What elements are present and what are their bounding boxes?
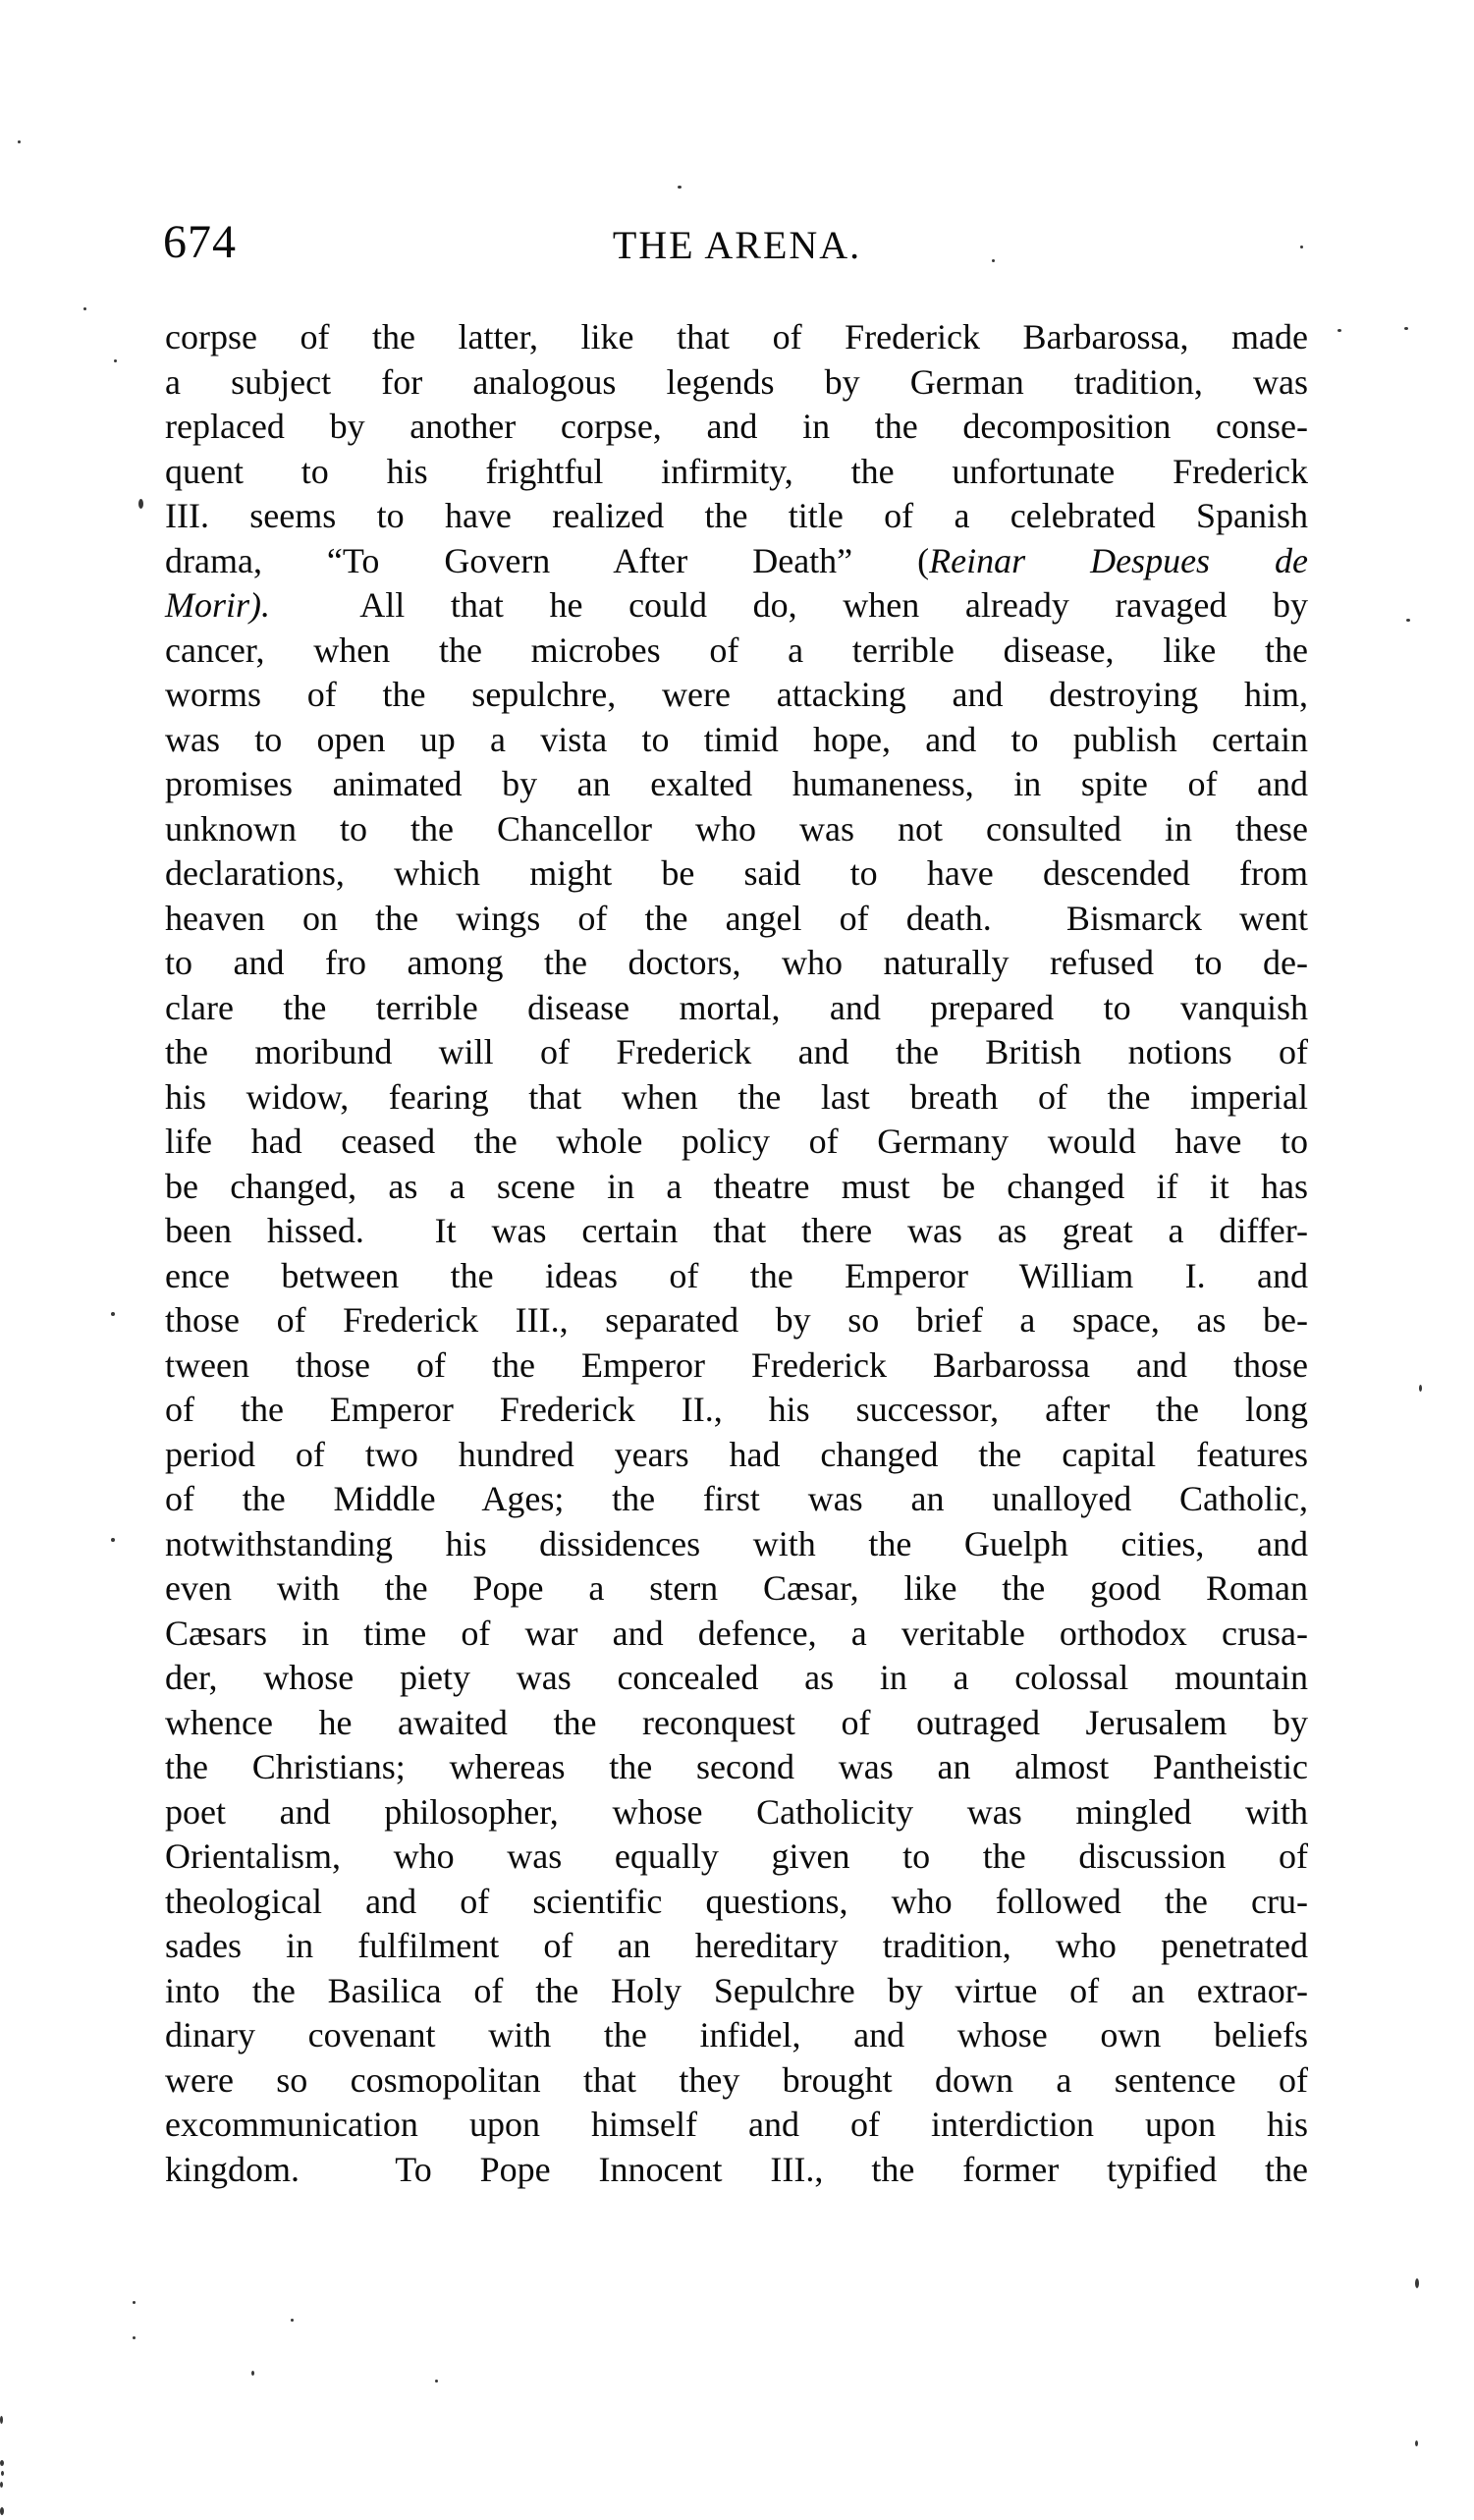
text-segment: theological and of scientific questions,… <box>165 1882 1308 1921</box>
text-segment: Orientalism, who was equally given to th… <box>165 1836 1308 1876</box>
scan-speck <box>291 2319 294 2322</box>
text-segment: sades in fulfilment of an hereditary tra… <box>165 1926 1308 1965</box>
scan-speck <box>992 259 995 262</box>
text-segment: ence between the ideas of the Emperor Wi… <box>165 1256 1308 1295</box>
text-line: III. seems to have realized the title of… <box>165 494 1308 539</box>
text-segment: clare the terrible disease mortal, and p… <box>165 988 1308 1027</box>
text-line: Orientalism, who was equally given to th… <box>165 1835 1308 1880</box>
text-line: sades in fulfilment of an hereditary tra… <box>165 1924 1308 1969</box>
text-line: notwithstanding his dissidences with the… <box>165 1522 1308 1567</box>
text-segment: of the Middle Ages; the first was an una… <box>165 1479 1308 1518</box>
text-segment: notwithstanding his dissidences with the… <box>165 1524 1308 1563</box>
text-line: declarations, which might be said to hav… <box>165 851 1308 897</box>
scan-speck <box>114 359 117 362</box>
text-line: his widow, fearing that when the last br… <box>165 1075 1308 1121</box>
italic-text-segment: Morir). <box>165 585 270 625</box>
text-line: the moribund will of Frederick and the B… <box>165 1030 1308 1075</box>
scan-speck <box>0 2507 4 2515</box>
text-line: into the Basilica of the Holy Sepulchre … <box>165 1969 1308 2014</box>
scan-speck <box>251 2371 254 2376</box>
text-segment: were so cosmopolitan that they brought d… <box>165 2060 1308 2100</box>
text-line: been hissed. It was certain that there w… <box>165 1209 1308 1254</box>
text-line: ence between the ideas of the Emperor Wi… <box>165 1254 1308 1299</box>
text-line: dinary covenant with the infidel, and wh… <box>165 2013 1308 2058</box>
text-segment: heaven on the wings of the angel of deat… <box>165 899 1308 938</box>
text-segment: replaced by another corpse, and in the d… <box>165 407 1308 446</box>
text-line: promises animated by an exalted humanene… <box>165 762 1308 807</box>
text-line: of the Emperor Frederick II., his succes… <box>165 1388 1308 1433</box>
text-line: der, whose piety was concealed as in a c… <box>165 1656 1308 1701</box>
running-title: THE ARENA. <box>0 226 1474 265</box>
scan-speck <box>18 140 21 143</box>
text-segment: kingdom. To Pope Innocent III., the form… <box>165 2150 1308 2189</box>
text-line: kingdom. To Pope Innocent III., the form… <box>165 2148 1308 2193</box>
text-segment: corpse of the latter, like that of Frede… <box>165 317 1308 356</box>
scan-speck <box>0 2416 3 2424</box>
text-line: the Christians; whereas the second was a… <box>165 1745 1308 1790</box>
text-line: worms of the sepulchre, were attacking a… <box>165 673 1308 718</box>
scan-speck <box>1419 1385 1422 1392</box>
text-line: replaced by another corpse, and in the d… <box>165 405 1308 450</box>
text-segment: quent to his frightful infirmity, the un… <box>165 452 1308 491</box>
text-line: drama, “To Govern After Death” (Reinar D… <box>165 539 1308 584</box>
text-line: excommunication upon himself and of inte… <box>165 2103 1308 2148</box>
text-line: were so cosmopolitan that they brought d… <box>165 2058 1308 2104</box>
text-line: heaven on the wings of the angel of deat… <box>165 897 1308 942</box>
text-line: clare the terrible disease mortal, and p… <box>165 986 1308 1031</box>
text-line: unknown to the Chancellor who was not co… <box>165 807 1308 852</box>
text-line: Morir). All that he could do, when alrea… <box>165 583 1308 629</box>
text-line: corpse of the latter, like that of Frede… <box>165 315 1308 360</box>
scan-speck <box>83 307 86 310</box>
scan-speck <box>1404 327 1408 330</box>
scan-speck <box>111 1312 115 1316</box>
text-segment: whence he awaited the reconquest of outr… <box>165 1703 1308 1742</box>
text-segment: Cæsars in time of war and defence, a ver… <box>165 1614 1308 1653</box>
scan-speck <box>1300 246 1303 248</box>
scan-speck <box>0 2482 3 2488</box>
scan-speck <box>1415 2440 1418 2446</box>
text-line: a subject for analogous legends by Germa… <box>165 360 1308 406</box>
text-segment: his widow, fearing that when the last br… <box>165 1077 1308 1117</box>
text-segment: been hissed. It was certain that there w… <box>165 1211 1308 1250</box>
scan-speck <box>111 1538 115 1542</box>
text-line: be changed, as a scene in a theatre must… <box>165 1165 1308 1210</box>
text-line: poet and philosopher, whose Catholicity … <box>165 1790 1308 1835</box>
scan-speck <box>435 2380 438 2383</box>
text-segment: der, whose piety was concealed as in a c… <box>165 1658 1308 1697</box>
scan-speck <box>0 2460 4 2466</box>
scan-speck <box>1 2471 4 2476</box>
text-line: period of two hundred years had changed … <box>165 1433 1308 1478</box>
body-text: corpse of the latter, like that of Frede… <box>165 315 1308 2192</box>
text-segment: excommunication upon himself and of inte… <box>165 2105 1308 2144</box>
text-segment: promises animated by an exalted humanene… <box>165 764 1308 803</box>
text-segment: life had ceased the whole policy of Germ… <box>165 1122 1308 1161</box>
text-segment: poet and philosopher, whose Catholicity … <box>165 1792 1308 1832</box>
text-segment: worms of the sepulchre, were attacking a… <box>165 675 1308 714</box>
text-segment: into the Basilica of the Holy Sepulchre … <box>165 1971 1308 2010</box>
text-segment: the moribund will of Frederick and the B… <box>165 1032 1308 1071</box>
text-line: life had ceased the whole policy of Germ… <box>165 1120 1308 1165</box>
text-segment: All that he could do, when already ravag… <box>270 585 1308 625</box>
text-segment: cancer, when the microbes of a terrible … <box>165 630 1308 670</box>
italic-text-segment: Reinar Despues de <box>929 541 1308 580</box>
text-line: to and fro among the doctors, who natura… <box>165 941 1308 986</box>
text-segment: a subject for analogous legends by Germa… <box>165 362 1308 402</box>
text-line: of the Middle Ages; the first was an una… <box>165 1477 1308 1522</box>
text-line: cancer, when the microbes of a terrible … <box>165 629 1308 674</box>
scan-speck <box>133 2301 136 2304</box>
text-segment: those of Frederick III., separated by so… <box>165 1300 1308 1340</box>
scan-speck <box>138 499 143 509</box>
text-segment: period of two hundred years had changed … <box>165 1435 1308 1474</box>
text-segment: drama, “To Govern After Death” ( <box>165 541 929 580</box>
text-segment: unknown to the Chancellor who was not co… <box>165 809 1308 849</box>
text-segment: declarations, which might be said to hav… <box>165 853 1308 893</box>
text-segment: the Christians; whereas the second was a… <box>165 1747 1308 1786</box>
text-segment: was to open up a vista to timid hope, an… <box>165 720 1308 759</box>
text-segment: dinary covenant with the infidel, and wh… <box>165 2015 1308 2054</box>
text-line: those of Frederick III., separated by so… <box>165 1298 1308 1343</box>
text-line: was to open up a vista to timid hope, an… <box>165 718 1308 763</box>
scan-speck <box>678 186 682 189</box>
text-segment: to and fro among the doctors, who natura… <box>165 943 1308 982</box>
text-line: even with the Pope a stern Cæsar, like t… <box>165 1566 1308 1612</box>
text-line: quent to his frightful infirmity, the un… <box>165 450 1308 495</box>
text-line: whence he awaited the reconquest of outr… <box>165 1701 1308 1746</box>
scan-speck <box>1406 619 1410 622</box>
text-segment: of the Emperor Frederick II., his succes… <box>165 1390 1308 1429</box>
scan-speck <box>1338 329 1341 332</box>
scan-speck <box>1415 2278 1419 2288</box>
text-line: Cæsars in time of war and defence, a ver… <box>165 1612 1308 1657</box>
scanned-page: 674 THE ARENA. corpse of the latter, lik… <box>0 0 1474 2520</box>
text-segment: be changed, as a scene in a theatre must… <box>165 1167 1308 1206</box>
text-segment: tween those of the Emperor Frederick Bar… <box>165 1345 1308 1385</box>
scan-speck <box>133 2336 136 2339</box>
text-segment: even with the Pope a stern Cæsar, like t… <box>165 1568 1308 1608</box>
text-line: tween those of the Emperor Frederick Bar… <box>165 1343 1308 1389</box>
text-line: theological and of scientific questions,… <box>165 1880 1308 1925</box>
text-segment: III. seems to have realized the title of… <box>165 496 1308 535</box>
